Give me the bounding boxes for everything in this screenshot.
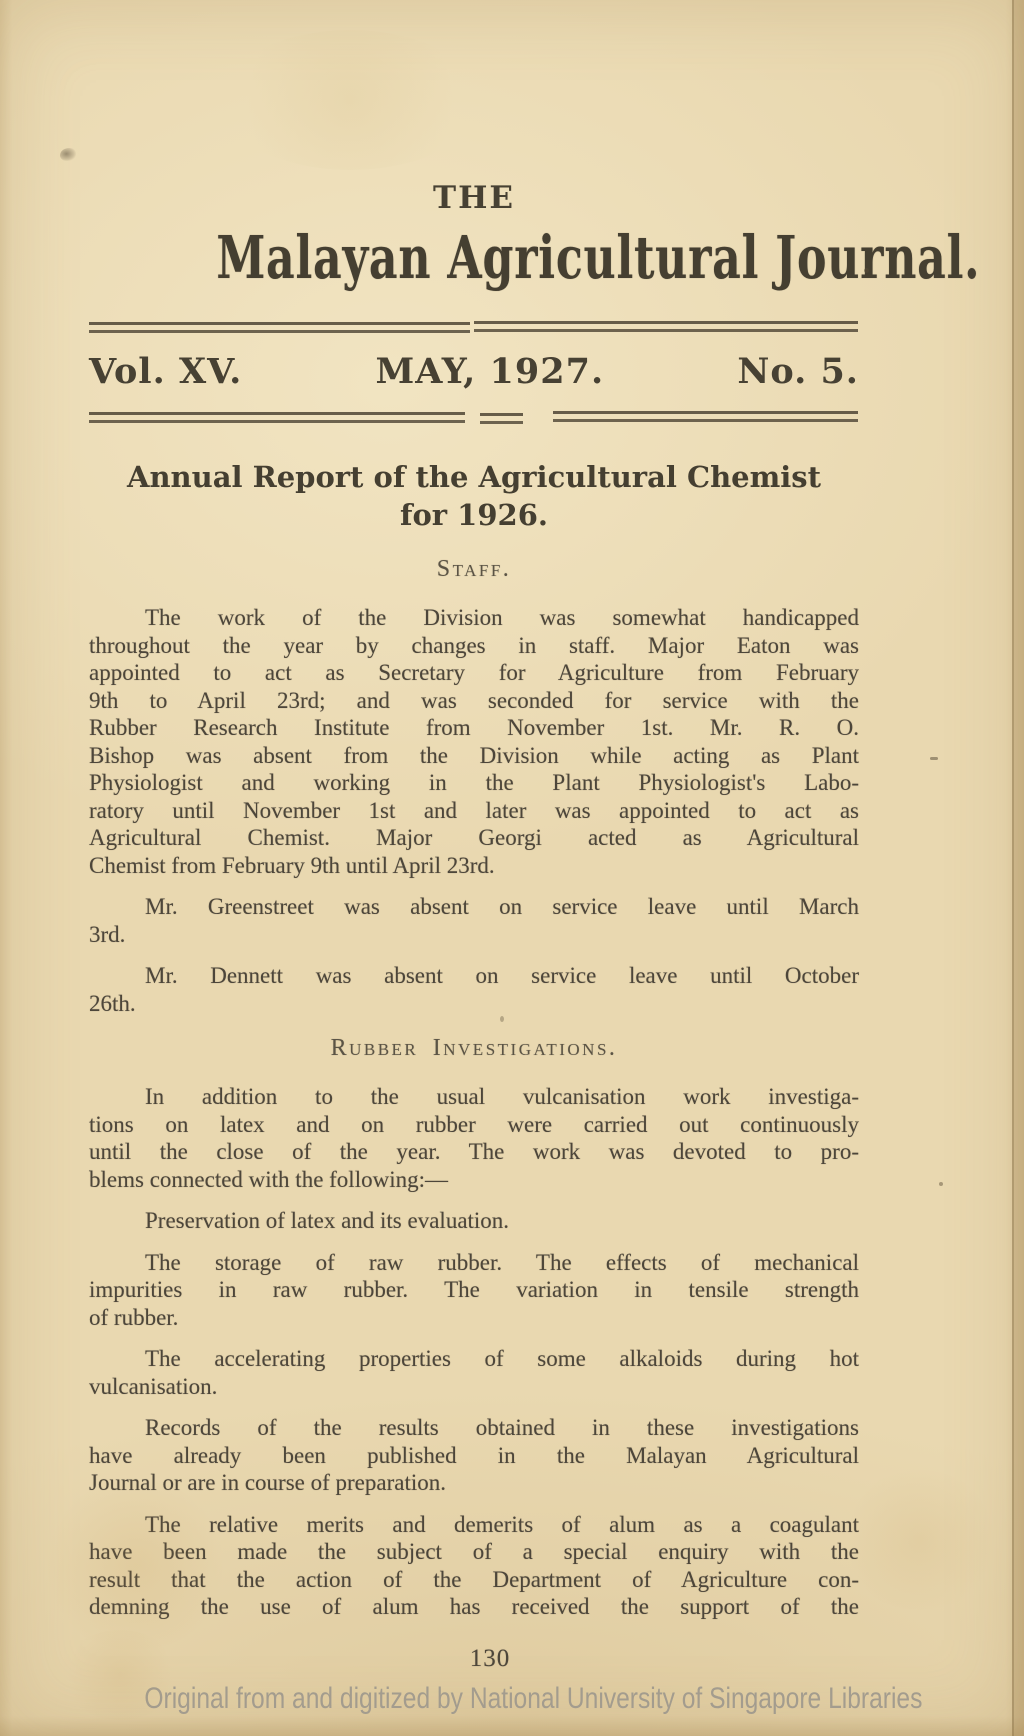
text-line: of rubber. (89, 1304, 859, 1332)
text-line: Bishop was absent from the Division whil… (89, 742, 859, 770)
text-line: Chemist from February 9th until April 23… (89, 852, 859, 880)
text-line: Records of the results obtained in these… (89, 1414, 859, 1442)
paragraph: The storage of raw rubber. The effects o… (89, 1249, 859, 1332)
issue-number: No. 5. (737, 352, 859, 392)
paper-stain (220, 30, 480, 170)
rule-segment (480, 413, 523, 424)
section-heading: Staff. (89, 556, 859, 582)
text-line: Mr. Dennett was absent on service leave … (89, 962, 859, 990)
paragraph: The work of the Division was somewhat ha… (89, 604, 859, 879)
paragraph: Mr. Greenstreet was absent on service le… (89, 893, 859, 948)
text-line: result that the action of the Department… (89, 1566, 859, 1594)
text-line: until the close of the year. The work wa… (89, 1138, 859, 1166)
text-line: appointed to act as Secretary for Agricu… (89, 659, 859, 687)
text-line: Rubber Research Institute from November … (89, 714, 859, 742)
journal-title: Malayan Agricultural Journal. (89, 226, 859, 290)
digitization-watermark-text: Original from and digitized by National … (144, 1682, 922, 1716)
article-title-line2: for 1926. (89, 496, 859, 534)
section-heading: Rubber Investigations. (89, 1035, 859, 1061)
text-line: 26th. (89, 990, 859, 1018)
text-line: 3rd. (89, 921, 859, 949)
paragraph: Records of the results obtained in these… (89, 1414, 859, 1497)
paragraph: In addition to the usual vulcanisation w… (89, 1083, 859, 1193)
text-line: Agricultural Chemist. Major Georgi acted… (89, 824, 859, 852)
journal-title-text: Malayan Agricultural Journal. (216, 226, 980, 290)
masthead-kicker: THE (89, 183, 859, 214)
paper-speck (939, 1182, 943, 1186)
text-line: Mr. Greenstreet was absent on service le… (89, 893, 859, 921)
paragraph: The accelerating properties of some alka… (89, 1345, 859, 1400)
text-line: Journal or are in course of preparation. (89, 1469, 859, 1497)
page-edge-line (1012, 0, 1014, 1736)
text-line: impurities in raw rubber. The variation … (89, 1276, 859, 1304)
text-line: In addition to the usual vulcanisation w… (89, 1083, 859, 1111)
text-line: ratory until November 1st and later was … (89, 797, 859, 825)
text-line: The work of the Division was somewhat ha… (89, 604, 859, 632)
paragraph: The relative merits and demerits of alum… (89, 1511, 859, 1621)
text-line: The relative merits and demerits of alum… (89, 1511, 859, 1539)
page-edge-shadow (1014, 0, 1024, 1736)
rule-segment (89, 322, 470, 333)
bottom-edge-shadow (0, 1716, 1024, 1736)
issue-info-row: Vol. XV. MAY, 1927. No. 5. (89, 352, 859, 392)
text-line: blems connected with the following:— (89, 1166, 859, 1194)
rule-segment (553, 411, 858, 422)
paper-speck (930, 757, 938, 760)
paragraph: Preservation of latex and its evaluation… (89, 1207, 859, 1235)
text-line: demning the use of alum has received the… (89, 1593, 859, 1621)
paper-smudge (60, 148, 76, 161)
text-line: have been made the subject of a special … (89, 1538, 859, 1566)
text-line: vulcanisation. (89, 1373, 859, 1401)
paragraph: Mr. Dennett was absent on service leave … (89, 962, 859, 1017)
text-line: Preservation of latex and its evaluation… (89, 1207, 859, 1235)
page-number: 130 (0, 1645, 980, 1673)
digitization-watermark: Original from and digitized by National … (0, 1682, 1024, 1716)
text-line: have already been published in the Malay… (89, 1442, 859, 1470)
text-line: tions on latex and on rubber were carrie… (89, 1111, 859, 1139)
text-line: The storage of raw rubber. The effects o… (89, 1249, 859, 1277)
article-body: Staff.The work of the Division was somew… (89, 556, 859, 1635)
volume-label: Vol. XV. (89, 352, 242, 392)
article-title-line1: Annual Report of the Agricultural Chemis… (89, 458, 859, 496)
paper-stain (840, 1470, 1000, 1610)
article-title: Annual Report of the Agricultural Chemis… (89, 458, 859, 534)
rule-segment (89, 412, 465, 423)
issue-date: MAY, 1927. (376, 352, 605, 392)
scanned-journal-page: THE Malayan Agricultural Journal. Vol. X… (0, 0, 1024, 1736)
text-line: Physiologist and working in the Plant Ph… (89, 769, 859, 797)
text-line: throughout the year by changes in staff.… (89, 632, 859, 660)
text-line: 9th to April 23rd; and was seconded for … (89, 687, 859, 715)
text-line: The accelerating properties of some alka… (89, 1345, 859, 1373)
rule-segment (474, 321, 858, 332)
